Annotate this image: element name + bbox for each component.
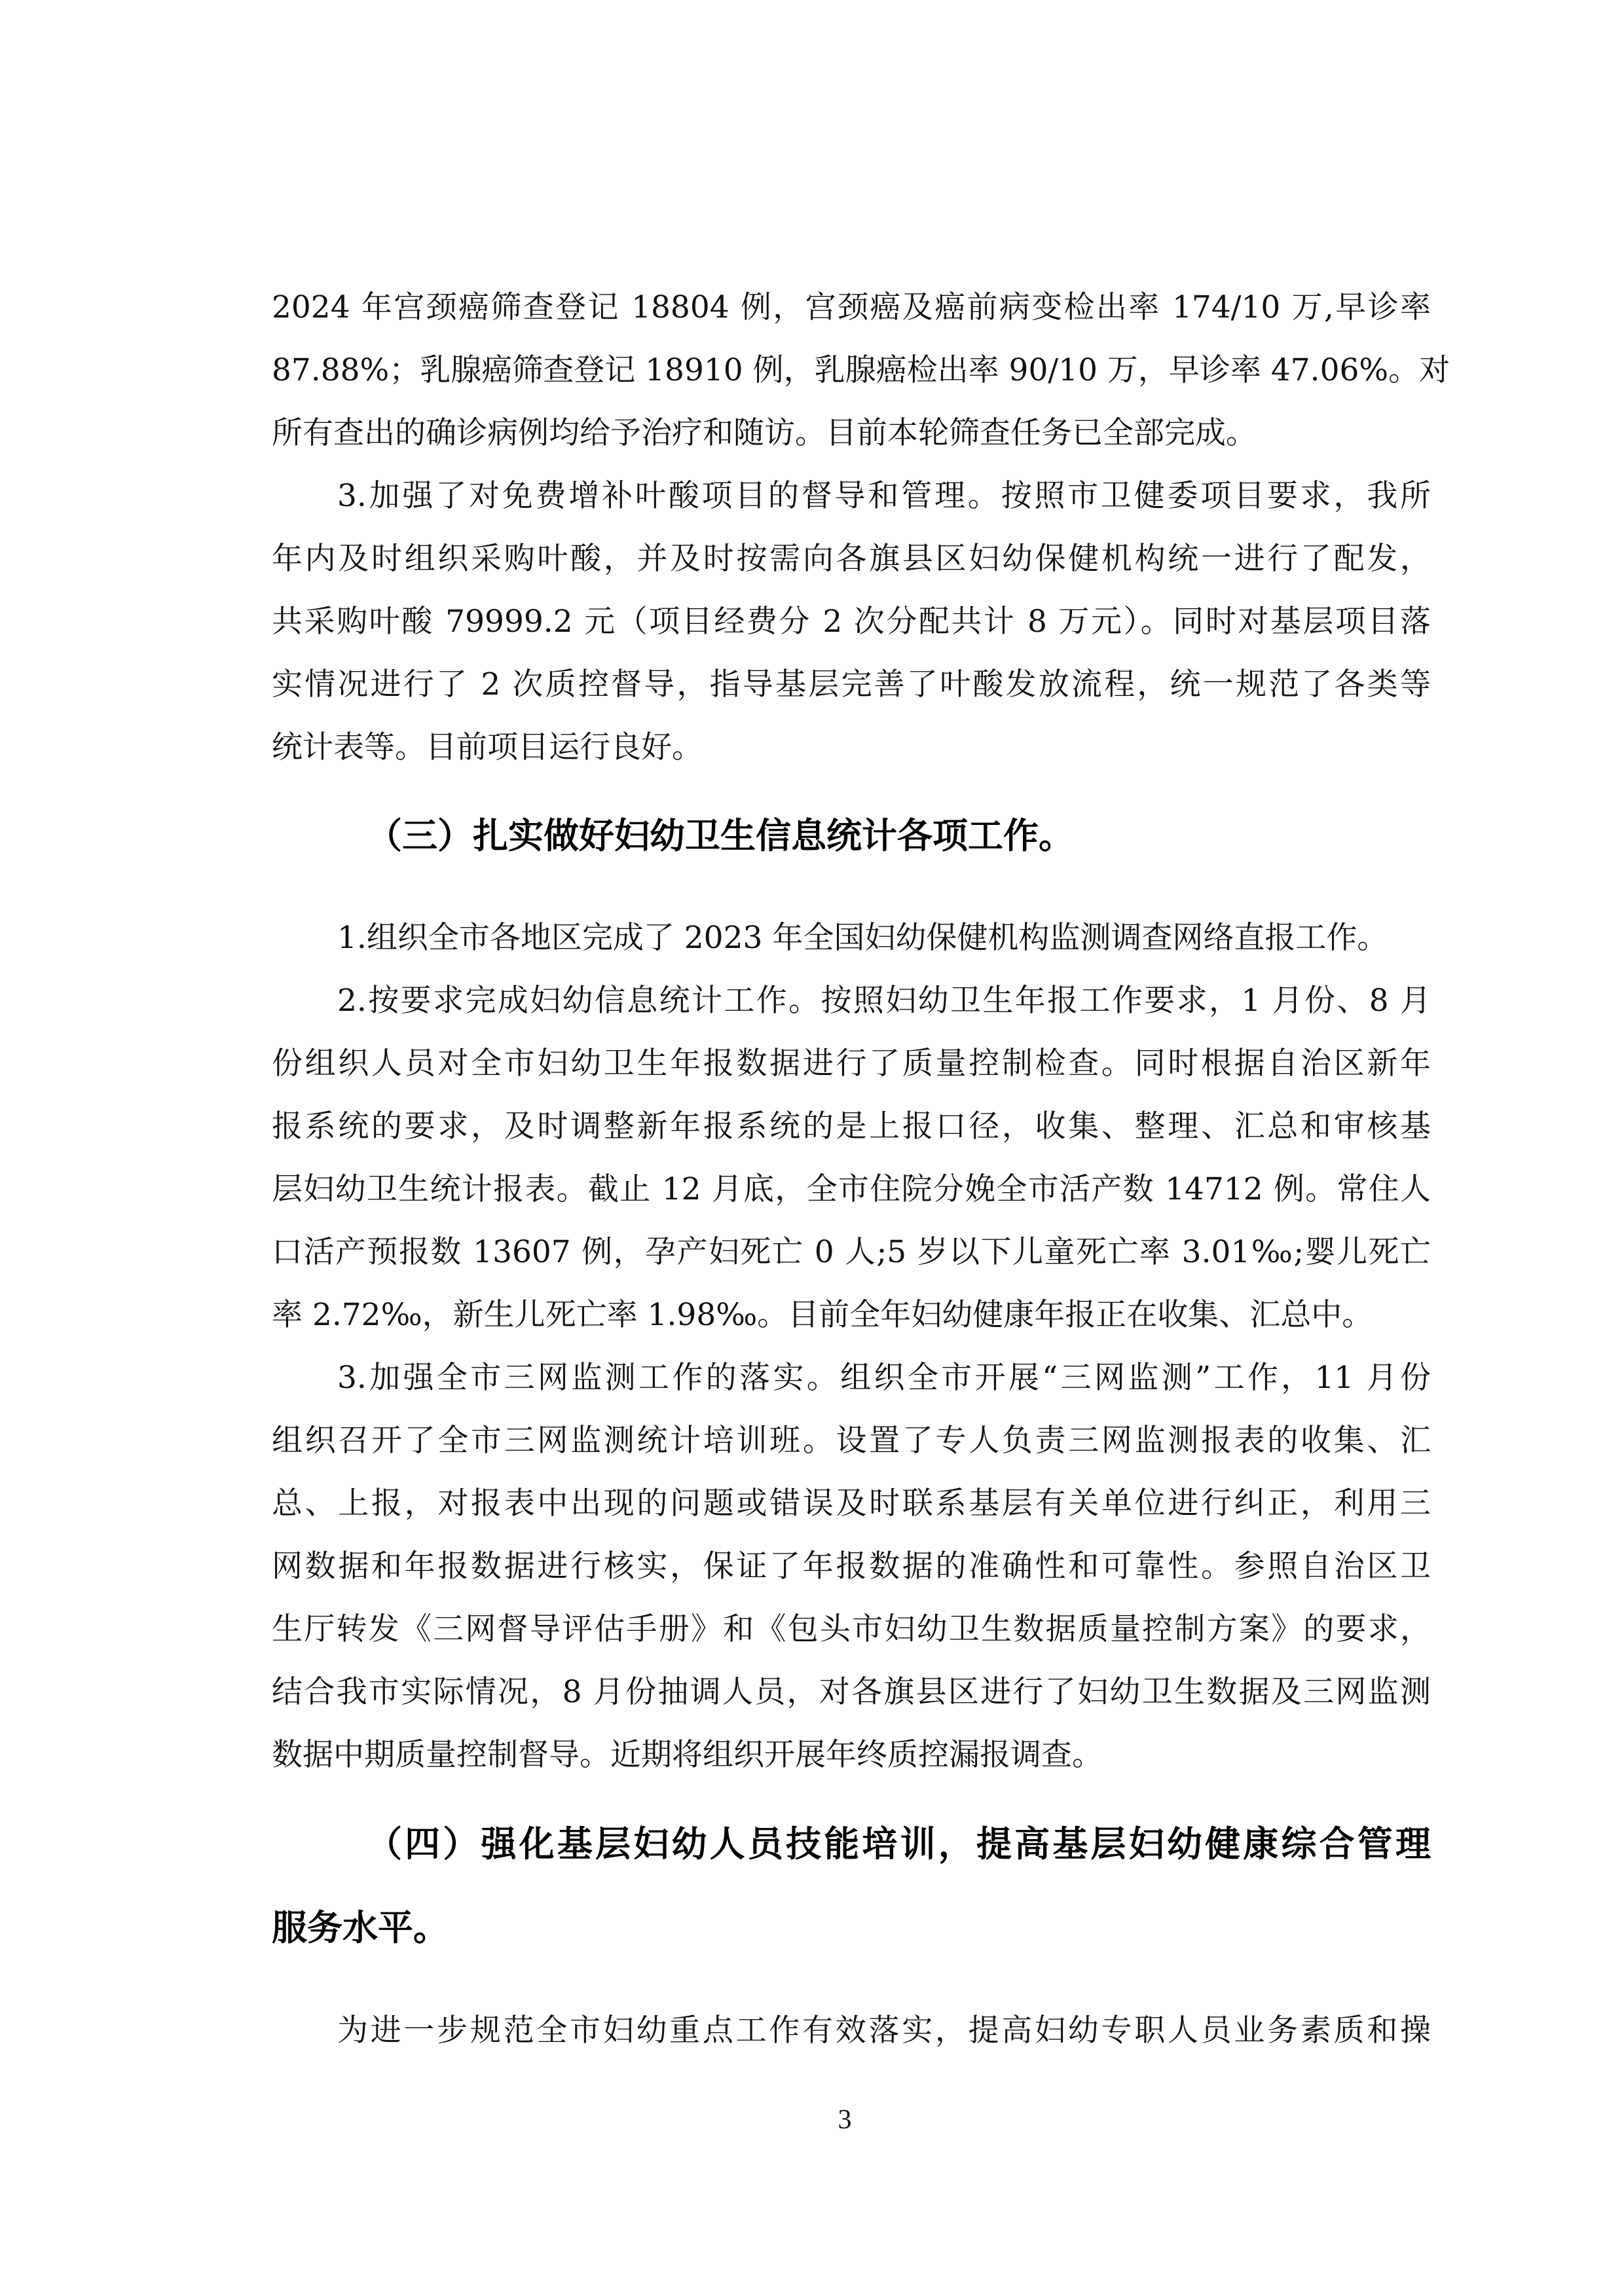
page-number: 3 [812, 2100, 877, 2140]
text-line: 3.加强全市三网监测工作的落实。组织全市开展“三网监测”工作，11 月份 [337, 1347, 1431, 1410]
text-line: 生厅转发《三网督导评估手册》和《包头市妇幼卫生数据质量控制方案》的要求， [272, 1598, 1431, 1661]
text-line: 3.加强了对免费增补叶酸项目的督导和管理。按照市卫健委项目要求，我所 [337, 465, 1431, 528]
text-line: 网数据和年报数据进行核实，保证了年报数据的准确性和可靠性。参照自治区卫 [272, 1535, 1431, 1598]
text-line: 2.按要求完成妇幼信息统计工作。按照妇幼卫生年报工作要求，1 月份、8 月 [337, 970, 1431, 1032]
document-page: 2024 年宫颈癌筛查登记 18804 例，宫颈癌及癌前病变检出率 174/10… [0, 0, 1624, 2296]
text-line: 年内及时组织采购叶酸，并及时按需向各旗县区妇幼保健机构统一进行了配发， [272, 528, 1431, 591]
text-line: 口活产预报数 13607 例，孕产妇死亡 0 人;5 岁以下儿童死亡率 3.01… [272, 1221, 1431, 1284]
text-line: 为进一步规范全市妇幼重点工作有效落实，提高妇幼专职人员业务素质和操 [337, 1999, 1431, 2062]
text-line: 87.88%；乳腺癌筛查登记 18910 例，乳腺癌检出率 90/10 万，早诊… [272, 339, 1431, 402]
text-line: 数据中期质量控制督导。近期将组织开展年终质控漏报调查。 [272, 1724, 1431, 1787]
text-line: 层妇幼卫生统计报表。截止 12 月底，全市住院分娩全市活产数 14712 例。常… [272, 1158, 1431, 1221]
text-line: 份组织人员对全市妇幼卫生年报数据进行了质量控制检查。同时根据自治区新年 [272, 1032, 1431, 1095]
text-line: 总、上报，对报表中出现的问题或错误及时联系基层有关单位进行纠正，利用三 [272, 1472, 1431, 1535]
text-line: 所有查出的确诊病例均给予治疗和随访。目前本轮筛查任务已全部完成。 [272, 402, 1431, 465]
text-line: 实情况进行了 2 次质控督导，指导基层完善了叶酸发放流程，统一规范了各类等 [272, 653, 1431, 716]
text-line: 1.组织全市各地区完成了 2023 年全国妇幼保健机构监测调查网络直报工作。 [337, 907, 1431, 970]
text-line: 组织召开了全市三网监测统计培训班。设置了专人负责三网监测报表的收集、汇 [272, 1410, 1431, 1472]
text-line: 统计表等。目前项目运行良好。 [272, 716, 1431, 779]
heading-line: 服务水平。 [272, 1892, 796, 1964]
text-line: 共采购叶酸 79999.2 元（项目经费分 2 次分配共计 8 万元）。同时对基… [272, 591, 1431, 653]
heading-line: （四）强化基层妇幼人员技能培训，提高基层妇幼健康综合管理 [367, 1808, 1431, 1880]
text-line: 率 2.72‰，新生儿死亡率 1.98‰。目前全年妇幼健康年报正在收集、汇总中。 [272, 1284, 1431, 1347]
text-line: 结合我市实际情况，8 月份抽调人员，对各旗县区进行了妇幼卫生数据及三网监测 [272, 1661, 1431, 1724]
section-heading-3: （三）扎实做好妇幼卫生信息统计各项工作。 [367, 800, 1153, 872]
text-line: 2024 年宫颈癌筛查登记 18804 例，宫颈癌及癌前病变检出率 174/10… [272, 276, 1431, 339]
text-line: 报系统的要求，及时调整新年报系统的是上报口径，收集、整理、汇总和审核基 [272, 1095, 1431, 1158]
